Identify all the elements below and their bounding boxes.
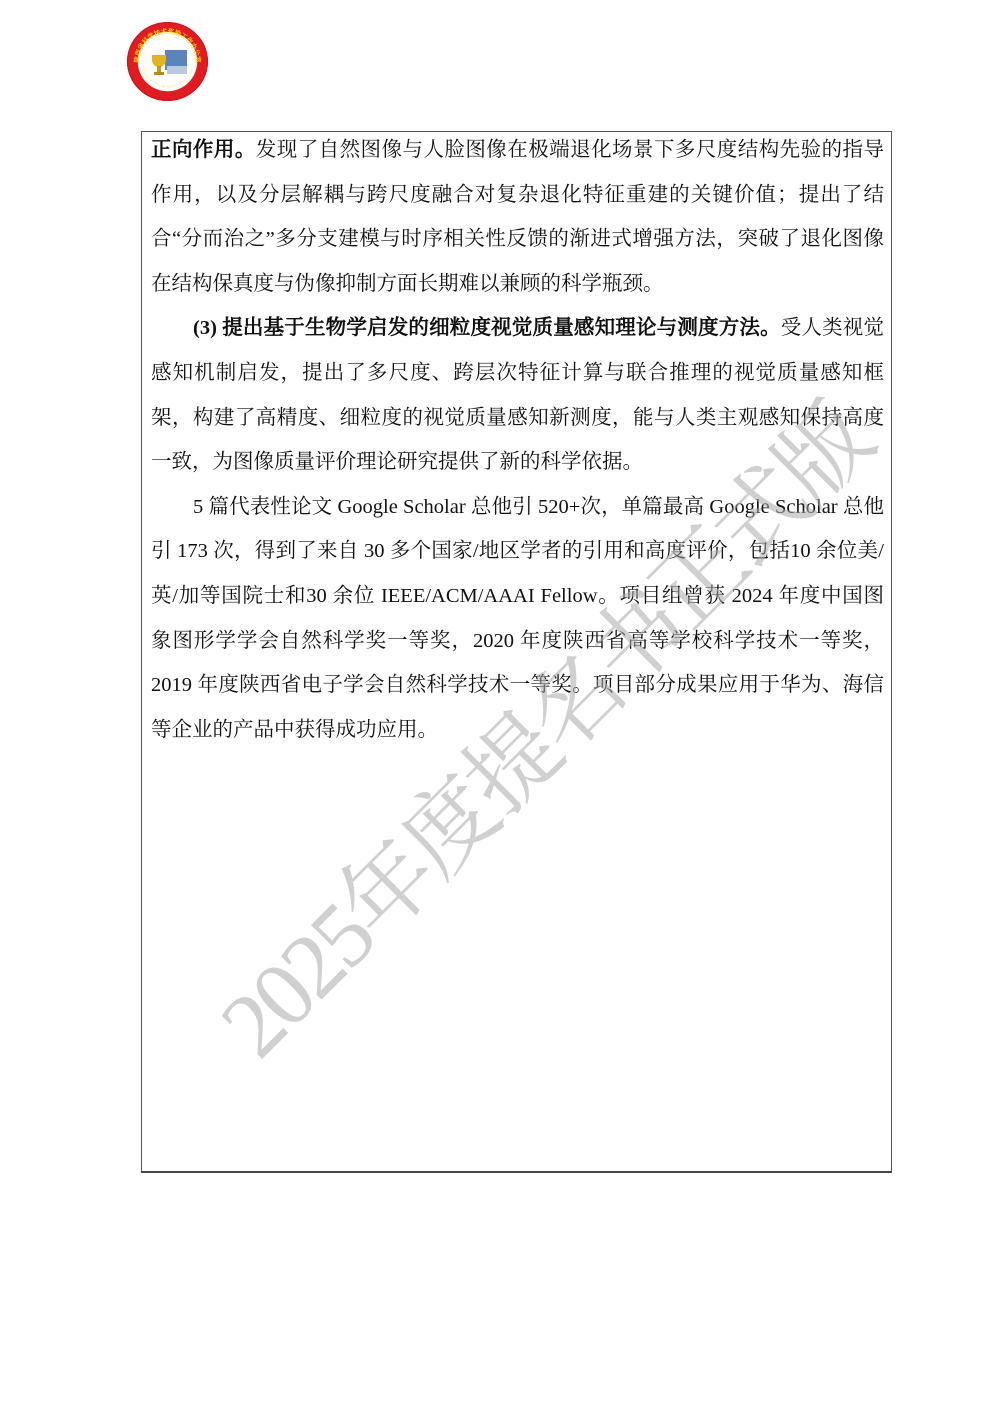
paragraph-2-heading: (3) 提出基于生物学启发的细粒度视觉质量感知理论与测度方法。	[193, 317, 781, 339]
paragraph-1: 正向作用。发现了自然图像与人脸图像在极端退化场景下多尺度结构先验的指导作用，以及…	[151, 128, 884, 306]
paragraph-3-text: 5 篇代表性论文 Google Scholar 总他引 520+次，单篇最高 G…	[151, 496, 884, 741]
paragraph-2: (3) 提出基于生物学启发的细粒度视觉质量感知理论与测度方法。受人类视觉感知机制…	[151, 306, 884, 484]
paragraph-2-text: 受人类视觉感知机制启发，提出了多尺度、跨层次特征计算与联合推理的视觉质量感知框架…	[151, 317, 884, 473]
document-page: 陕西省科学技术奖励工作办公室 Shaanxi Provincial Office…	[0, 0, 990, 1401]
document-body: 正向作用。发现了自然图像与人脸图像在极端退化场景下多尺度结构先验的指导作用，以及…	[151, 128, 884, 752]
seal-emblem-icon: 陕西省科学技术奖励工作办公室 Shaanxi Provincial Office…	[127, 22, 208, 101]
paragraph-1-lead: 正向作用。	[151, 139, 256, 161]
paragraph-1-text: 发现了自然图像与人脸图像在极端退化场景下多尺度结构先验的指导作用，以及分层解耦与…	[151, 139, 884, 295]
paragraph-3: 5 篇代表性论文 Google Scholar 总他引 520+次，单篇最高 G…	[151, 485, 884, 753]
seal-logo: 陕西省科学技术奖励工作办公室 Shaanxi Provincial Office…	[127, 22, 208, 101]
